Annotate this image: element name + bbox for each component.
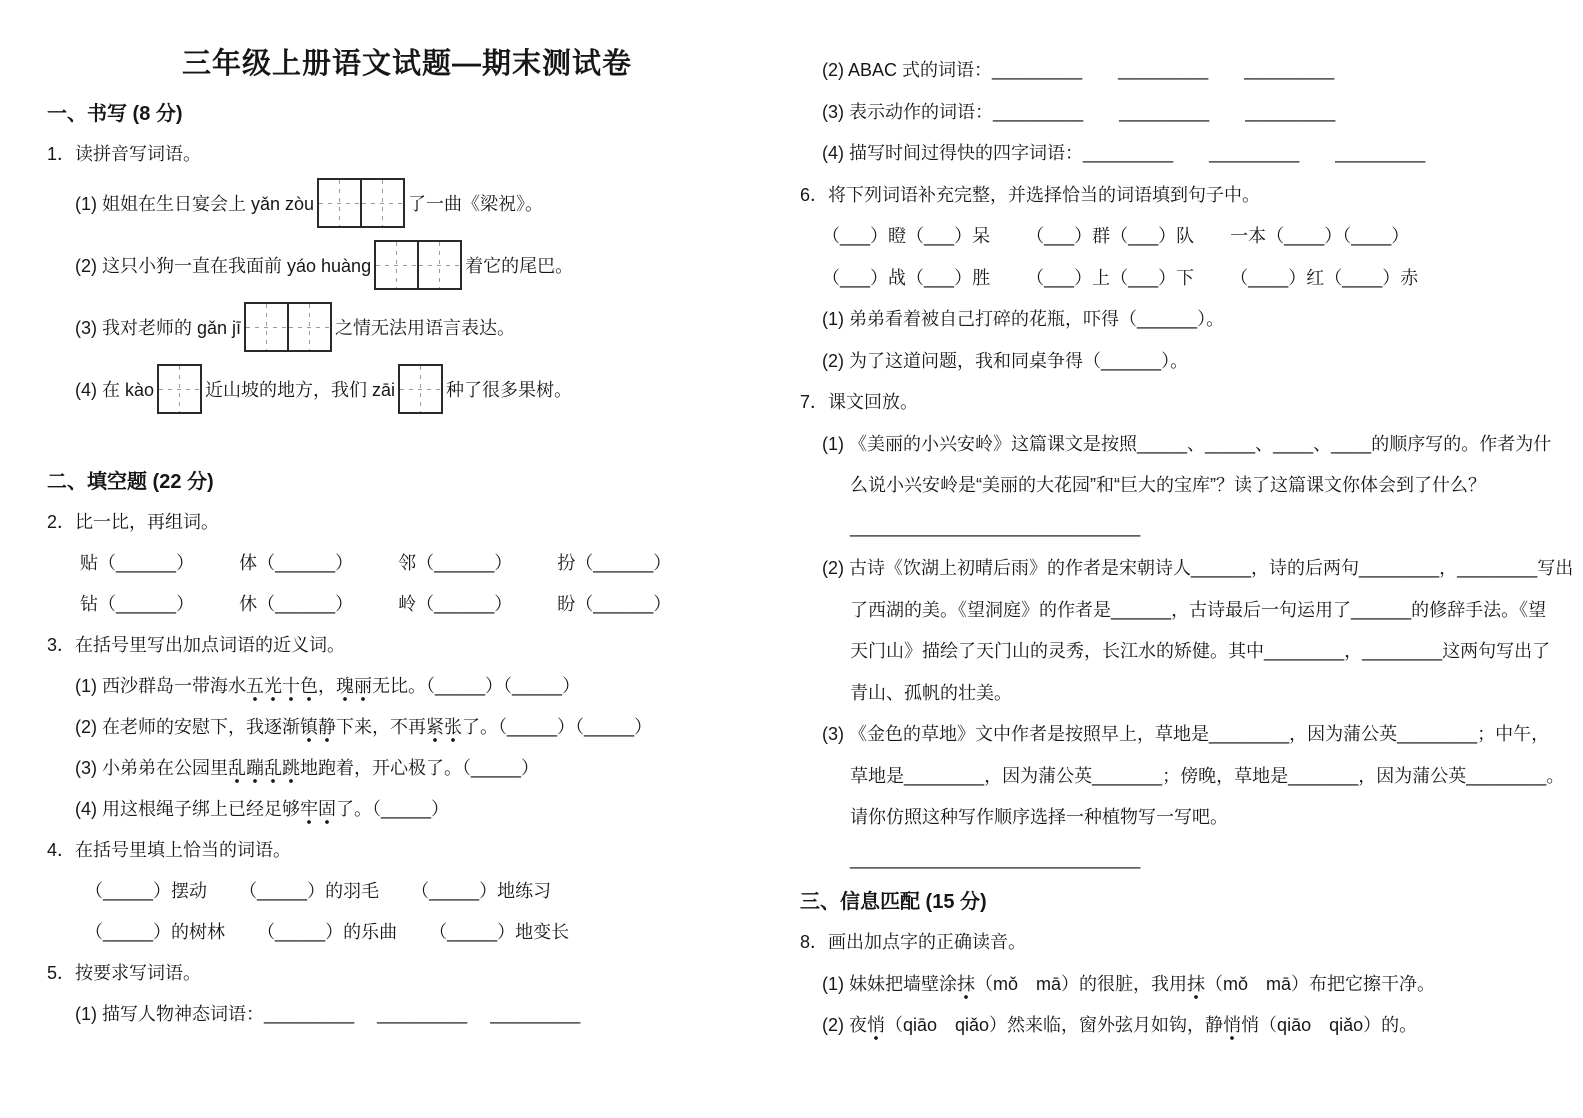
pinyin-writing-grid [374, 240, 462, 290]
emphasized-word: 悄 [1223, 1015, 1241, 1041]
q7-item-2-line-4: 青山、孤帆的壮美。 [850, 681, 1583, 705]
q2-row-1: 贴（______） 体（______） 邻（______） 扮（______） [80, 551, 767, 575]
word-pair-cell: 贴（______） [80, 551, 194, 575]
word-pair-cell: 盼（______） [557, 592, 671, 616]
q7-item-2-line-1: (2) 古诗《饮湖上初晴后雨》的作者是宋朝诗人______，诗的后两句_____… [822, 556, 1583, 580]
sentence-text: 了。（_____） [336, 799, 449, 819]
sentence-text: （qiāo qiǎo）然来临，窗外弦月如钩，静 [885, 1015, 1223, 1035]
pinyin-writing-grid [317, 178, 405, 228]
grid-cell [287, 302, 332, 352]
q4-row-2: （_____）的树林 （_____）的乐曲 （_____）地变长 [85, 920, 767, 944]
q1-item-4: (4) 在 kào 近山坡的地方，我们 zāi 种了很多果树。 [75, 362, 767, 416]
q6-row-1: （___）瞪（___）呆 （___）群（___）队 一本（____）（____） [822, 224, 1583, 248]
grid-cell [398, 364, 443, 414]
sentence-text: （mǒ mā）的很脏，我用 [975, 974, 1187, 994]
q6-item-2: (2) 为了这道问题，我和同桌争得（______）。 [822, 349, 1583, 373]
q2-row-2: 钻（______） 休（______） 岭（______） 盼（______） [80, 592, 767, 616]
sentence-text: 悄（qiāo qiǎo）的。 [1241, 1015, 1417, 1035]
q2-label: 2．比一比，再组词。 [47, 510, 767, 534]
grid-cell [360, 178, 405, 228]
emphasized-word: 牢固 [300, 799, 336, 825]
sentence-text: （mǒ mā）布把它擦干净。 [1205, 974, 1435, 994]
q8-label: 8．画出加点字的正确读音。 [800, 930, 1583, 954]
q7-item-3-answer-line: _____________________________ [850, 847, 1583, 871]
section-2-heading: 二、填空题 (22 分) [47, 468, 767, 496]
q1-item-3-text-pre: (3) 我对老师的 gǎn jī [75, 314, 241, 340]
q1-label: 1．读拼音写词语。 [47, 142, 767, 166]
q3-item-1: (1) 西沙群岛一带海水五光十色，瑰丽无比。（_____）（_____） [75, 674, 767, 698]
sentence-text: (4) 用这根绳子绑上已经足够 [75, 799, 300, 819]
word-pair-cell: 休（______） [239, 592, 353, 616]
q5-label: 5．按要求写词语。 [47, 961, 767, 985]
emphasized-word: 紧张 [426, 717, 462, 743]
sentence-text: 地跑着，开心极了。（_____） [300, 758, 539, 778]
sentence-text: (2) 在老师的安慰下，我逐渐 [75, 717, 300, 737]
q7-item-1-line-1: (1) 《美丽的小兴安岭》这篇课文是按照_____、_____、____、___… [822, 432, 1583, 456]
q3-item-2: (2) 在老师的安慰下，我逐渐镇静下来，不再紧张了。（_____）（_____） [75, 715, 767, 739]
section-1-heading: 一、书写 (8 分) [47, 100, 767, 128]
q4-label: 4．在括号里填上恰当的词语。 [47, 838, 767, 862]
emphasized-word: 抹 [957, 974, 975, 1000]
q4-row-1: （_____）摆动 （_____）的羽毛 （_____）地练习 [85, 879, 767, 903]
q7-item-1-answer-line: _____________________________ [850, 515, 1583, 539]
word-pair-cell: 钻（______） [80, 592, 194, 616]
word-pair-cell: 体（______） [239, 551, 353, 575]
grid-cell [374, 240, 419, 290]
grid-cell [417, 240, 462, 290]
sentence-text: (2) 夜 [822, 1015, 867, 1035]
emphasized-word: 五光十色 [246, 676, 318, 702]
grid-cell [244, 302, 289, 352]
q7-item-2-line-2: 了西湖的美。《望洞庭》的作者是______，古诗最后一句运用了______的修辞… [850, 598, 1583, 622]
idiom-blank-cell: （___）战（___）胜 [822, 266, 990, 290]
q1-item-2-text-post: 着它的尾巴。 [465, 252, 573, 278]
q1-item-3-text-post: 之情无法用语言表达。 [335, 314, 515, 340]
fill-blank-cell: （_____）地变长 [429, 920, 569, 944]
idiom-blank-cell: （____）红（____）赤 [1230, 266, 1418, 290]
sentence-text: (1) 妹妹把墙壁涂 [822, 974, 957, 994]
q6-row-2: （___）战（___）胜 （___）上（___）下 （____）红（____）赤 [822, 266, 1583, 290]
q6-label: 6．将下列词语补充完整，并选择恰当的词语填到句子中。 [800, 183, 1583, 207]
q5-item-1: (1) 描写人物神态词语：_________ _________ _______… [75, 1002, 767, 1026]
q7-item-3-line-3: 请你仿照这种写作顺序选择一种植物写一写吧。 [850, 805, 1583, 829]
grid-cell [317, 178, 362, 228]
q7-item-1-line-2: 么说小兴安岭是“美丽的大花园”和“巨大的宝库”？读了这篇课文你体会到了什么？ [850, 473, 1583, 497]
idiom-blank-cell: （___）群（___）队 [1026, 224, 1194, 248]
q3-item-4: (4) 用这根绳子绑上已经足够牢固了。（_____） [75, 797, 767, 821]
fill-blank-cell: （_____）的羽毛 [239, 879, 379, 903]
q3-label: 3．在括号里写出加点词语的近义词。 [47, 633, 767, 657]
q1-item-1-text-pre: (1) 姐姐在生日宴会上 yǎn zòu [75, 190, 314, 216]
grid-cell [157, 364, 202, 414]
emphasized-word: 乱蹦乱跳 [228, 758, 300, 784]
q5-item-3: (3) 表示动作的词语：_________ _________ ________… [822, 100, 1583, 124]
emphasized-word: 悄 [867, 1015, 885, 1041]
fill-blank-cell: （_____）摆动 [85, 879, 207, 903]
pinyin-writing-grid [157, 364, 202, 414]
section-3-heading: 三、信息匹配 (15 分) [800, 888, 1583, 916]
q1-item-1-text-post: 了一曲《梁祝》。 [408, 190, 543, 216]
idiom-blank-cell: （___）上（___）下 [1026, 266, 1194, 290]
idiom-blank-cell: 一本（____）（____） [1230, 224, 1409, 248]
word-pair-cell: 扮（______） [557, 551, 671, 575]
idiom-blank-cell: （___）瞪（___）呆 [822, 224, 990, 248]
q1-item-2-text-pre: (2) 这只小狗一直在我面前 yáo huàng [75, 252, 371, 278]
q1-item-2: (2) 这只小狗一直在我面前 yáo huàng 着它的尾巴。 [75, 238, 767, 292]
fill-blank-cell: （_____）的树林 [85, 920, 225, 944]
right-column: (2) ABAC 式的词语：_________ _________ ______… [800, 58, 1583, 1055]
q7-item-3-line-2: 草地是________，因为蒲公英_______；傍晚，草地是_______，因… [850, 764, 1583, 788]
q1-item-4-text-post: 种了很多果树。 [446, 376, 572, 402]
left-column: 三年级上册语文试题—期末测试卷 一、书写 (8 分) 1．读拼音写词语。 (1)… [47, 44, 767, 1043]
q8-item-1: (1) 妹妹把墙壁涂抹（mǒ mā）的很脏，我用抹（mǒ mā）布把它擦干净。 [822, 972, 1583, 996]
q1-item-1: (1) 姐姐在生日宴会上 yǎn zòu 了一曲《梁祝》。 [75, 176, 767, 230]
sentence-text: (1) 西沙群岛一带海水 [75, 676, 246, 696]
page-title: 三年级上册语文试题—期末测试卷 [47, 44, 767, 84]
emphasized-word: 抹 [1187, 974, 1205, 1000]
pinyin-writing-grid [398, 364, 443, 414]
q6-item-1: (1) 弟弟看着被自己打碎的花瓶，吓得（______）。 [822, 307, 1583, 331]
sentence-text: 无比。（_____）（_____） [372, 676, 580, 696]
fill-blank-cell: （_____）地练习 [411, 879, 551, 903]
q1-item-3: (3) 我对老师的 gǎn jī 之情无法用语言表达。 [75, 300, 767, 354]
q1-item-4-text-mid: 近山坡的地方，我们 zāi [205, 376, 395, 402]
q7-label: 7．课文回放。 [800, 390, 1583, 414]
sentence-text: 下来，不再 [336, 717, 426, 737]
q5-item-2: (2) ABAC 式的词语：_________ _________ ______… [822, 58, 1583, 82]
word-pair-cell: 岭（______） [398, 592, 512, 616]
pinyin-writing-grid [244, 302, 332, 352]
q1-item-4-text-pre: (4) 在 kào [75, 376, 154, 402]
fill-blank-cell: （_____）的乐曲 [257, 920, 397, 944]
q8-item-2: (2) 夜悄（qiāo qiǎo）然来临，窗外弦月如钩，静悄悄（qiāo qiǎ… [822, 1013, 1583, 1037]
q5-item-4: (4) 描写时间过得快的四字词语：_________ _________ ___… [822, 141, 1583, 165]
q7-item-3-line-1: (3) 《金色的草地》文中作者是按照早上，草地是________，因为蒲公英__… [822, 722, 1583, 746]
word-pair-cell: 邻（______） [398, 551, 512, 575]
emphasized-word: 镇静 [300, 717, 336, 743]
sentence-text: (3) 小弟弟在公园里 [75, 758, 228, 778]
q3-item-3: (3) 小弟弟在公园里乱蹦乱跳地跑着，开心极了。（_____） [75, 756, 767, 780]
emphasized-word: 瑰丽 [336, 676, 372, 702]
sentence-text: 了。（_____）（_____） [462, 717, 652, 737]
q7-item-2-line-3: 天门山》描绘了天门山的灵秀，长江水的矫健。其中________，________… [850, 639, 1583, 663]
sentence-text: ， [318, 676, 336, 696]
